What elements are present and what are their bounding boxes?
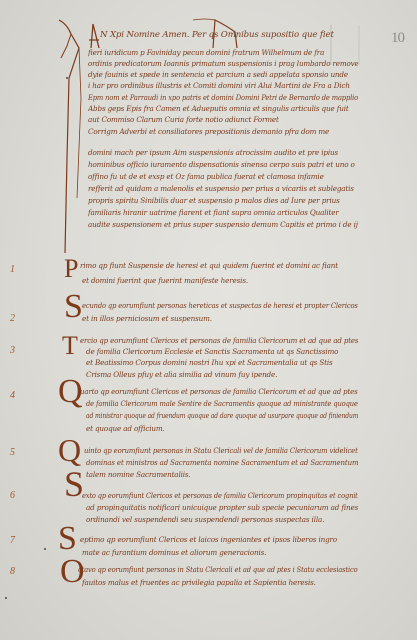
article-number: 7 [10,535,15,546]
article-line: eptimo qp eorumfiunt Clericos et laicos … [80,535,337,545]
article-line: et in illos perniciosum et suspensum. [82,314,212,324]
article-line: ad propinquitatis notificari unicuique p… [86,503,358,513]
preamble-line: hominibus officio iuramento dispensation… [88,160,355,170]
article-line: talem nomine Sacramentaliis. [86,470,191,480]
article-line: ecundo qp eorumfiunt personas hereticas … [82,301,358,311]
article-number: 8 [10,566,15,577]
manuscript-page: 10 N Xpi Nomine Amen. Per qs Omnibus sup… [0,0,417,640]
preamble-line: i har pro ordinibus illustris et Comiti … [88,81,350,91]
article-number: 4 [10,390,15,401]
article-number: 2 [10,313,15,324]
preamble-line: Abbs geps Epis fra Camen et Adueputis om… [88,104,349,114]
article-initial: S [58,522,77,556]
preamble-line: aut Commiso Clarum Curia forte notio adi… [88,115,279,125]
article-line: ercio qp eorumfiunt Clericos et personas… [80,336,358,346]
preamble-line: dyie fauinis et spede in sentencia et pa… [88,70,348,80]
preamble-line: Epm nom et Parraudi in xpo patris et dom… [88,93,358,103]
preamble-line: refferit ad quidam a malenolis et suspen… [88,184,354,194]
preamble-line: Corrigm Adverbi et consiliatores preposi… [88,127,329,137]
preamble-line: audite suspensionem et prius super suspe… [88,220,358,230]
article-line: dominas et ministros ad Sacramenta nomin… [86,458,358,468]
decorated-initial-i [57,18,87,258]
preamble-line: ordinis predicatorum Ioannis primatum su… [88,59,359,69]
article-initial: S [64,290,83,324]
article-number: 5 [10,447,15,458]
article-line: et quoque ad officium. [86,424,165,434]
article-line: uinto qp eorumfiunt personas in Statu Cl… [84,446,358,456]
article-line: mate ac furantium dominus et aliorum gen… [82,548,266,558]
preamble-line: propris spiritu Sinibilis duar et suspen… [88,196,340,206]
article-line: et domini fuerint que fuerint manifeste … [82,276,248,286]
preamble-line: domini mach per ipsum Aim suspensionis a… [88,148,338,158]
preamble-line: offino fu ut de et exsp et Oz fama publi… [88,172,324,182]
article-number: 3 [10,345,15,356]
article-line: rimo qp fiunt Suspensie de heresi et qui… [80,261,338,271]
article-initial: T [62,333,78,359]
article-line: ctavo qp eorumfiunt personas in Statu Cl… [78,565,358,575]
preamble-line: fieri iuridicum p Faviniday pecun domini… [88,48,324,58]
article-line: uarto qp eorumfiunt Clericos et personas… [80,387,358,397]
article-line: de familia Clericorum Ecclesie et Sancti… [86,347,338,357]
article-line: et Beatissimo Corpus domini nostri Ihu x… [86,358,333,368]
article-initial: Q [58,375,83,409]
article-line: exto qp eorumfiunt Clericos et personas … [82,491,358,501]
article-number: 6 [10,490,15,501]
article-line: de familia Clericorum male Sentire de Sa… [86,399,358,409]
ink-dot [5,597,7,599]
article-initial: P [64,256,78,282]
article-line: ordinandi vel suspendendi seu suspendend… [86,515,324,525]
article-line: fauitos malus et fruentes ac privilegia … [82,578,316,588]
folio-number: 10 [391,30,404,47]
ink-dot [44,548,46,550]
article-number: 1 [10,264,15,275]
article-line: ad ministrar quoque ad fruendum quoque a… [86,411,358,421]
ink-dot [66,77,68,79]
article-initial: Q [58,434,81,466]
article-line: Crisma Olleus pfuy et alia similia ad vi… [86,370,277,380]
preamble-line: familiaris hiranir uatrime fiarent et fi… [88,208,339,218]
preamble-line: N Xpi Nomine Amen. Per qs Omnibus suposi… [100,30,334,40]
